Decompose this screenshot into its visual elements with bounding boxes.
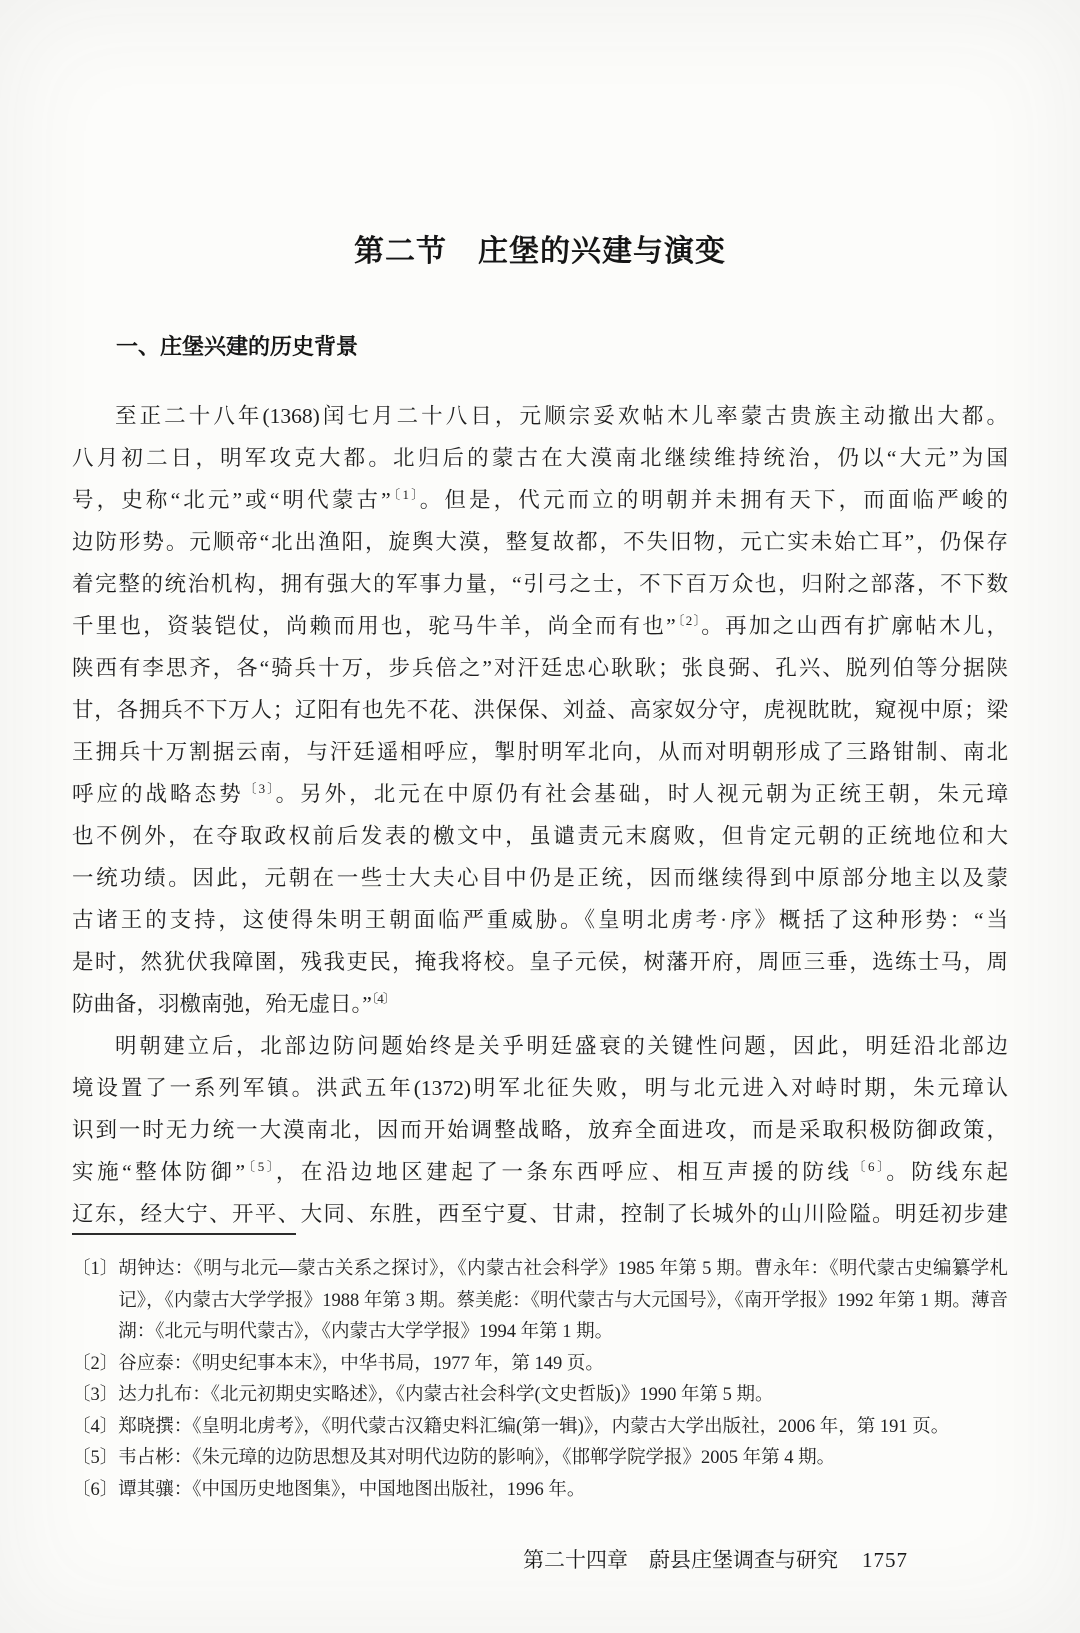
section-heading: 一、庄堡兴建的历史背景 [116, 330, 358, 361]
footnote-item: 〔2〕 谷应泰：《明史纪事本末》，中华书局，1977 年，第 149 页。 [72, 1349, 1008, 1381]
footnote-text: 郑晓撰：《皇明北虏考》，《明代蒙古汉籍史料汇编(第一辑)》，内蒙古大学出版社，2… [118, 1412, 1008, 1444]
footnote-marker: 〔2〕 [72, 1349, 118, 1381]
footnote-item: 〔1〕 胡钟达：《明与北元—蒙古关系之探讨》，《内蒙古社会科学》1985 年第 … [72, 1254, 1008, 1349]
body-paragraph-1: 至正二十八年(1368)闰七月二十八日，元顺宗妥欢帖木儿率蒙古贵族主动撤出大都。… [72, 395, 1008, 1025]
body-line: 实施“整体防御”〔5〕，在沿边地区建起了一条东西呼应、相互声援的防线〔6〕。防线… [72, 1151, 1008, 1193]
footnote-text: 达力扎布：《北元初期史实略述》，《内蒙古社会科学(文史哲版)》1990 年第 5… [118, 1380, 1008, 1412]
body-line: 识到一时无力统一大漠南北，因而开始调整战略，放弃全面进攻，而是采取积极防御政策， [72, 1109, 1008, 1151]
body-line: 八月初二日，明军攻克大都。北归后的蒙古在大漠南北继续维持统治，仍以“大元”为国 [72, 437, 1008, 479]
footer-page-number: 1757 [862, 1548, 908, 1572]
footnote-marker: 〔3〕 [72, 1380, 118, 1412]
footnote-separator [72, 1233, 296, 1235]
body-line: 着完整的统治机构，拥有强大的军事力量，“引弓之士，不下百万众也，归附之部落，不下… [72, 563, 1008, 605]
body-line: 甘，各拥兵不下万人；辽阳有也先不花、洪保保、刘益、高家奴分守，虎视眈眈，窥视中原… [72, 689, 1008, 731]
body-line: 号，史称“北元”或“明代蒙古”〔1〕。但是，代元而立的明朝并未拥有天下，而面临严… [72, 479, 1008, 521]
footnote-text: 韦占彬：《朱元璋的边防思想及其对明代边防的影响》，《邯郸学院学报》2005 年第… [118, 1443, 1008, 1475]
footnote-item: 〔4〕 郑晓撰：《皇明北虏考》，《明代蒙古汉籍史料汇编(第一辑)》，内蒙古大学出… [72, 1412, 1008, 1444]
body-line: 是时，然犹伏我障圉，残我吏民，掩我将校。皇子元侯，树藩开府，周匝三垂，选练士马，… [72, 941, 1008, 983]
footnote-text: 胡钟达：《明与北元—蒙古关系之探讨》，《内蒙古社会科学》1985 年第 5 期。… [118, 1254, 1008, 1349]
page-title: 第二节 庄堡的兴建与演变 [0, 226, 1080, 270]
body-line: 境设置了一系列军镇。洪武五年(1372)明军北征失败，明与北元进入对峙时期，朱元… [72, 1067, 1008, 1109]
body-line: 千里也，资装铠仗，尚赖而用也，驼马牛羊，尚全而有也”〔2〕。再加之山西有扩廓帖木… [72, 605, 1008, 647]
body-line: 至正二十八年(1368)闰七月二十八日，元顺宗妥欢帖木儿率蒙古贵族主动撤出大都。 [72, 395, 1008, 437]
footer-chapter-title: 第二十四章 蔚县庄堡调查与研究 [523, 1548, 838, 1572]
body-line: 一统功绩。因此，元朝在一些士大夫心目中仍是正统，因而继续得到中原部分地主以及蒙 [72, 857, 1008, 899]
footnotes: 〔1〕 胡钟达：《明与北元—蒙古关系之探讨》，《内蒙古社会科学》1985 年第 … [72, 1254, 1008, 1506]
body-line: 古诸王的支持，这使得朱明王朝面临严重威胁。《皇明北虏考·序》概括了这种形势：“当 [72, 899, 1008, 941]
footnote-item: 〔6〕 谭其骧：《中国历史地图集》，中国地图出版社，1996 年。 [72, 1475, 1008, 1507]
footnote-marker: 〔5〕 [72, 1443, 118, 1475]
body-paragraph-2: 明朝建立后，北部边防问题始终是关乎明廷盛衰的关键性问题，因此，明廷沿北部边 境设… [72, 1025, 1008, 1235]
footnote-marker: 〔4〕 [72, 1412, 118, 1444]
body-line: 防曲备，羽檄南弛，殆无虚日。”〔4〕 [72, 983, 1008, 1025]
footnote-text: 谷应泰：《明史纪事本末》，中华书局，1977 年，第 149 页。 [118, 1349, 1008, 1381]
body-line: 陕西有李思齐，各“骑兵十万，步兵倍之”对汗廷忠心耿耿；张良弼、孔兴、脱列伯等分据… [72, 647, 1008, 689]
page-footer: 第二十四章 蔚县庄堡调查与研究1757 [523, 1544, 908, 1574]
body-text: 至正二十八年(1368)闰七月二十八日，元顺宗妥欢帖木儿率蒙古贵族主动撤出大都。… [72, 395, 1008, 1235]
body-line: 辽东，经大宁、开平、大同、东胜，西至宁夏、甘肃，控制了长城外的山川险隘。明廷初步… [72, 1193, 1008, 1235]
footnote-marker: 〔1〕 [72, 1254, 118, 1349]
footnote-text: 谭其骧：《中国历史地图集》，中国地图出版社，1996 年。 [118, 1475, 1008, 1507]
body-line: 也不例外，在夺取政权前后发表的檄文中，虽谴责元末腐败，但肯定元朝的正统地位和大 [72, 815, 1008, 857]
body-line: 明朝建立后，北部边防问题始终是关乎明廷盛衰的关键性问题，因此，明廷沿北部边 [72, 1025, 1008, 1067]
footnote-item: 〔3〕 达力扎布：《北元初期史实略述》，《内蒙古社会科学(文史哲版)》1990 … [72, 1380, 1008, 1412]
footnote-item: 〔5〕 韦占彬：《朱元璋的边防思想及其对明代边防的影响》，《邯郸学院学报》200… [72, 1443, 1008, 1475]
footnote-marker: 〔6〕 [72, 1475, 118, 1507]
body-line: 王拥兵十万割据云南，与汗廷遥相呼应，掣肘明军北向，从而对明朝形成了三路钳制、南北 [72, 731, 1008, 773]
body-line: 呼应的战略态势〔3〕。另外，北元在中原仍有社会基础，时人视元朝为正统王朝，朱元璋 [72, 773, 1008, 815]
book-page: 第二节 庄堡的兴建与演变 一、庄堡兴建的历史背景 至正二十八年(1368)闰七月… [0, 0, 1080, 1633]
body-line: 边防形势。元顺帝“北出渔阳，旋舆大漠，整复故都，不失旧物，元亡实未始亡耳”，仍保… [72, 521, 1008, 563]
